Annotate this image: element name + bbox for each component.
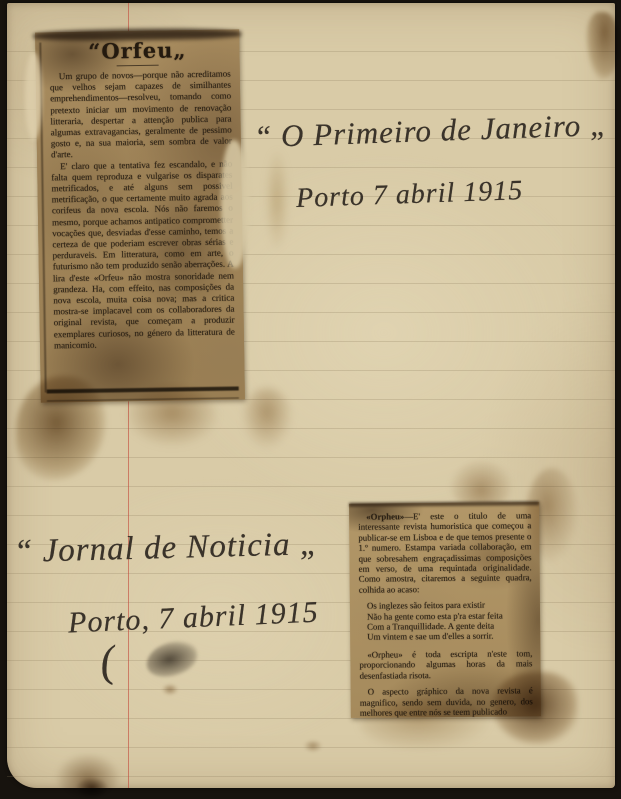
clipping-orpheu: «Orpheu»—E' este o titulo de uma interes… <box>349 502 541 718</box>
clipping-paragraph: «Orpheu» é toda escripta n'este tom, pro… <box>359 648 532 681</box>
headline-rule <box>117 65 159 67</box>
verse-line: Um vintem e sae um d'elles a sorrir. <box>367 631 532 643</box>
scanned-scrapbook-photo: { "handwriting": { "top_right_line1": "\… <box>0 0 621 799</box>
clipping-bottom-bar <box>47 386 239 401</box>
clipping-paragraph: E' claro que a tentativa fez escandalo, … <box>51 158 235 351</box>
clipping-paragraph: Um grupo de novos—porque não acreditamos… <box>50 69 232 161</box>
clipping-lead-word: «Orpheu» <box>366 511 404 521</box>
clipping-orfeu: “Orfeu„ Um grupo de novos—porque não acr… <box>35 29 245 402</box>
clipping-orpheu-body: «Orpheu»—E' este o titulo de uma interes… <box>349 502 541 718</box>
clipping-verse: Os inglezes são feitos para existir Não … <box>367 599 532 642</box>
clipping-orfeu-headline: “Orfeu„ <box>35 37 239 64</box>
clipping-paragraph: «Orpheu»—E' este o titulo de uma interes… <box>358 510 532 595</box>
clipping-orfeu-body: Um grupo de novos—porque não acreditamos… <box>36 68 244 351</box>
clipping-paragraph: O aspecto gráphico da nova revista é mag… <box>360 685 533 718</box>
